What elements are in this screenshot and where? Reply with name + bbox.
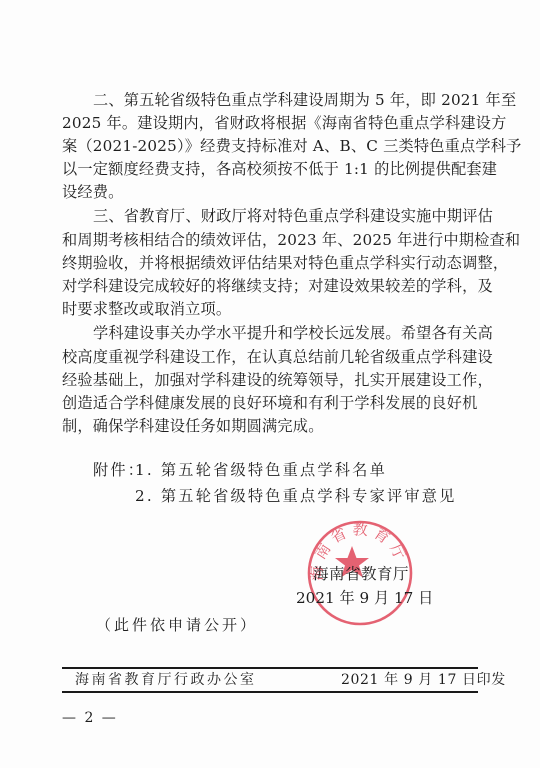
paragraph-2-line-2: 2025 年。建设期内，省财政将根据《海南省特色重点学科建设方 (62, 112, 466, 134)
paragraph-2-line-1: 二、第五轮省级特色重点学科建设周期为 5 年，即 2021 年至 (93, 89, 466, 111)
paragraph-3-line-3: 终期验收，并将根据绩效评估结果对特色重点学科实行动态调整， (62, 252, 466, 274)
paragraph-2-line-4: 以一定额度经费支持，各高校须按不低于 1:1 的比例提供配套建 (62, 158, 466, 180)
footer-office: 海南省教育厅行政办公室 (75, 670, 257, 690)
paragraph-3-line-1: 三、省教育厅、财政厅将对特色重点学科建设实施中期评估 (93, 205, 466, 227)
closing-paragraph-line-2: 校高度重视学科建设工作，在认真总结前几轮省级重点学科建设 (62, 346, 466, 368)
paragraph-2-line-3: 案（2021-2025）》经费支持标准对 A、B、C 三类特色重点学科予 (62, 135, 466, 157)
paragraph-2-line-5: 设经费。 (62, 181, 466, 203)
footer-print-date: 2021 年 9 月 17 日印发 (341, 670, 506, 690)
closing-paragraph-line-5: 制，确保学科建设任务如期圆满完成。 (62, 415, 466, 437)
page-number: — 2 — (62, 709, 118, 727)
footer-bottom-rule (62, 691, 478, 693)
public-disclosure-note: （此件依申请公开） (96, 614, 258, 636)
attachment-item-1[interactable]: 1. 第五轮省级特色重点学科名单 (135, 459, 387, 481)
footer-top-rule (62, 667, 478, 669)
document-page: 二、第五轮省级特色重点学科建设周期为 5 年，即 2021 年至 2025 年。… (0, 0, 540, 768)
paragraph-3-line-5: 时要求整改或取消立项。 (62, 298, 466, 320)
paragraph-3-line-4: 对学科建设完成较好的将继续支持；对建设效果较差的学科，及 (62, 275, 466, 297)
closing-paragraph-line-1: 学科建设事关办学水平提升和学校长远发展。希望各有关高 (93, 322, 466, 344)
issuer-name: 海南省教育厅 (313, 563, 409, 585)
attachment-item-2[interactable]: 2. 第五轮省级特色重点学科专家评审意见 (135, 485, 457, 507)
closing-paragraph-line-3: 经验基础上，加强对学科建设的统筹领导，扎实开展建设工作， (62, 369, 466, 391)
closing-paragraph-line-4: 创造适合学科健康发展的良好环境和有利于学科发展的良好机 (62, 392, 466, 414)
issue-date: 2021 年 9 月 17 日 (296, 587, 433, 609)
paragraph-3-line-2: 和周期考核相结合的绩效评估，2023 年、2025 年进行中期检查和 (62, 229, 466, 251)
